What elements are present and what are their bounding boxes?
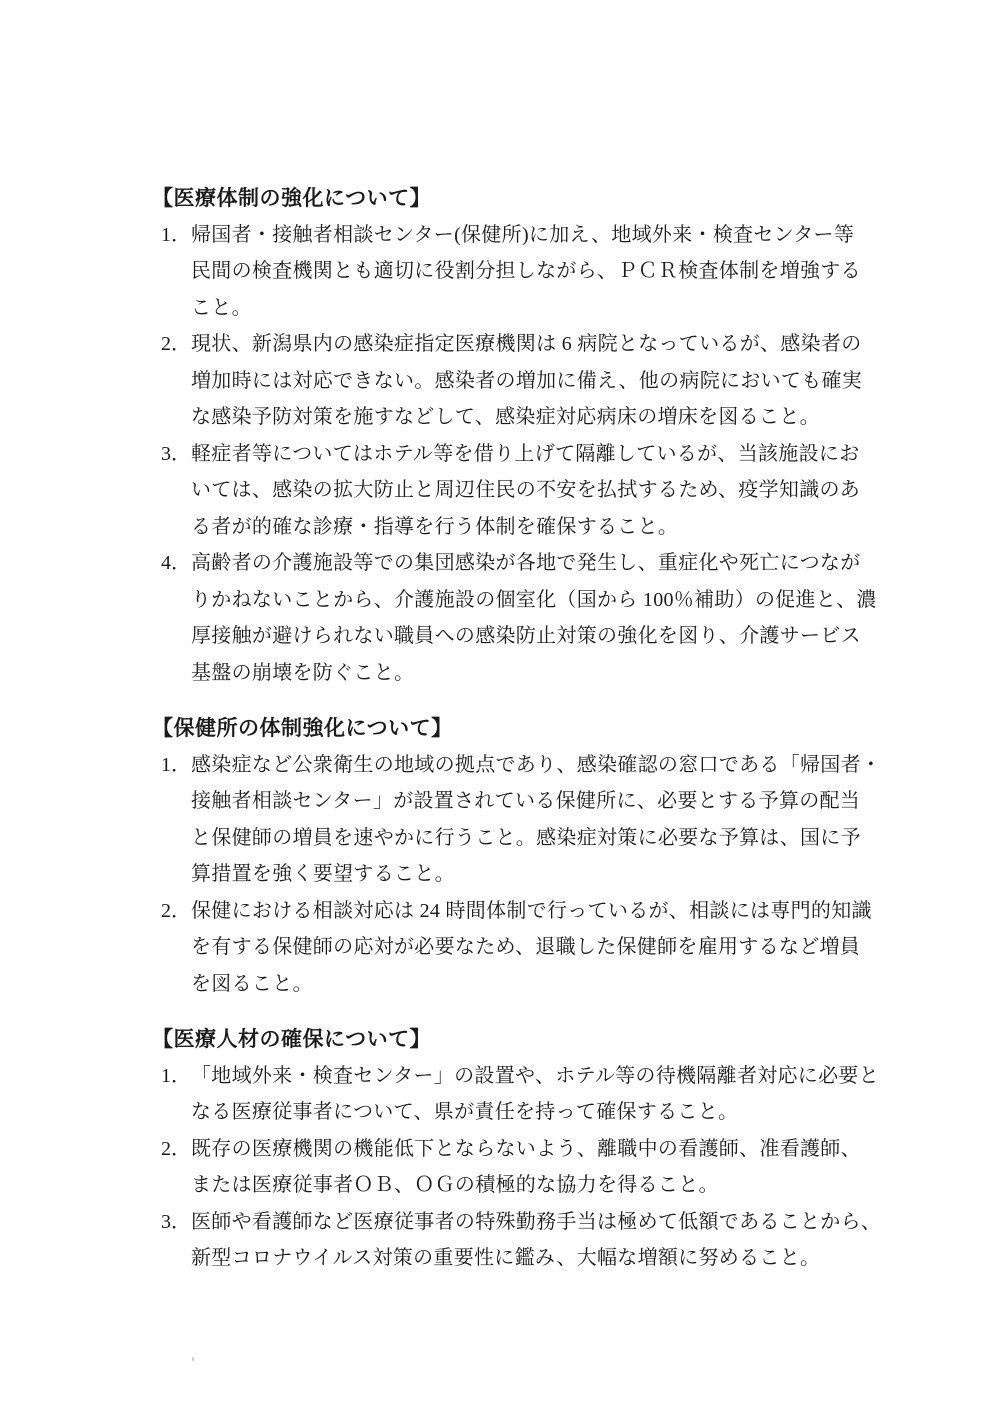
text-line: る者が的確な診療・指導を行う体制を確保すること。 bbox=[191, 509, 882, 546]
section-heading: 【医療体制の強化について】 bbox=[152, 180, 882, 217]
scan-artifact-dot bbox=[192, 1357, 194, 1361]
text-line: 基盤の崩壊を防ぐこと。 bbox=[191, 655, 882, 692]
document-page: 【医療体制の強化について】 1． 帰国者・接触者相談センター(保健所)に加え、地… bbox=[152, 180, 882, 1277]
list-item: 1． 帰国者・接触者相談センター(保健所)に加え、地域外来・検査センター等 民間… bbox=[152, 217, 882, 327]
text-line: または医療従事者ＯＢ、ＯＧの積極的な協力を得ること。 bbox=[191, 1167, 882, 1204]
list-item: 3． 軽症者等についてはホテル等を借り上げて隔離しているが、当該施設にお いては… bbox=[152, 436, 882, 546]
item-number: 3． bbox=[161, 1204, 191, 1241]
text-line: 新型コロナウイルス対策の重要性に鑑み、大幅な増額に努めること。 bbox=[191, 1240, 882, 1277]
text-line: 民間の検査機関とも適切に役割分担しながら、ＰＣＲ検査体制を増強する bbox=[191, 253, 882, 290]
text-line: りかねないことから、介護施設の個室化（国から 100％補助）の促進と、濃 bbox=[191, 582, 882, 619]
item-number: 4． bbox=[161, 545, 191, 582]
item-number: 2． bbox=[161, 1131, 191, 1168]
item-text: 現状、新潟県内の感染症指定医療機関は 6 病院となっているが、感染者の 増加時に… bbox=[191, 326, 882, 436]
list-item: 2． 現状、新潟県内の感染症指定医療機関は 6 病院となっているが、感染者の 増… bbox=[152, 326, 882, 436]
section-health-center: 【保健所の体制強化について】 1． 感染症など公衆衛生の地域の拠点であり、感染確… bbox=[152, 710, 882, 1002]
text-line: こと。 bbox=[191, 290, 882, 327]
text-line: 帰国者・接触者相談センター(保健所)に加え、地域外来・検査センター等 bbox=[191, 217, 882, 254]
section-heading: 【医療人材の確保について】 bbox=[152, 1021, 882, 1058]
item-text: 帰国者・接触者相談センター(保健所)に加え、地域外来・検査センター等 民間の検査… bbox=[191, 217, 882, 327]
text-line: と保健師の増員を速やかに行うこと。感染症対策に必要な予算は、国に予 bbox=[191, 820, 882, 857]
text-line: 既存の医療機関の機能低下とならないよう、離職中の看護師、准看護師、 bbox=[191, 1131, 882, 1168]
list-item: 2． 既存の医療機関の機能低下とならないよう、離職中の看護師、准看護師、 または… bbox=[152, 1131, 882, 1204]
text-line: なる医療従事者について、県が責任を持って確保すること。 bbox=[191, 1094, 882, 1131]
item-number: 1． bbox=[161, 217, 191, 254]
item-number: 1． bbox=[161, 1058, 191, 1095]
text-line: 厚接触が避けられない職員への感染防止対策の強化を図り、介護サービス bbox=[191, 618, 882, 655]
text-line: 「地域外来・検査センター」の設置や、ホテル等の待機隔離者対応に必要と bbox=[191, 1058, 882, 1095]
text-line: 高齢者の介護施設等での集団感染が各地で発生し、重症化や死亡につなが bbox=[191, 545, 882, 582]
text-line: 接触者相談センター」が設置されている保健所に、必要とする予算の配当 bbox=[191, 783, 882, 820]
item-text: 高齢者の介護施設等での集団感染が各地で発生し、重症化や死亡につなが りかねないこ… bbox=[191, 545, 882, 691]
item-number: 2． bbox=[161, 326, 191, 363]
text-line: 増加時には対応できない。感染者の増加に備え、他の病院においても確実 bbox=[191, 363, 882, 400]
text-line: いては、感染の拡大防止と周辺住民の不安を払拭するため、疫学知識のあ bbox=[191, 472, 882, 509]
item-text: 保健における相談対応は 24 時間体制で行っているが、相談には専門的知識 を有す… bbox=[191, 893, 882, 1003]
item-text: 軽症者等についてはホテル等を借り上げて隔離しているが、当該施設にお いては、感染… bbox=[191, 436, 882, 546]
list-item: 4． 高齢者の介護施設等での集団感染が各地で発生し、重症化や死亡につなが りかね… bbox=[152, 545, 882, 691]
item-text: 「地域外来・検査センター」の設置や、ホテル等の待機隔離者対応に必要と なる医療従… bbox=[191, 1058, 882, 1131]
item-text: 既存の医療機関の機能低下とならないよう、離職中の看護師、准看護師、 または医療従… bbox=[191, 1131, 882, 1204]
text-line: な感染予防対策を施すなどして、感染症対応病床の増床を図ること。 bbox=[191, 399, 882, 436]
list-item: 3． 医師や看護師など医療従事者の特殊勤務手当は極めて低額であることから、 新型… bbox=[152, 1204, 882, 1277]
text-line: を有する保健師の応対が必要なため、退職した保健師を雇用するなど増員 bbox=[191, 929, 882, 966]
text-line: 軽症者等についてはホテル等を借り上げて隔離しているが、当該施設にお bbox=[191, 436, 882, 473]
item-number: 3． bbox=[161, 436, 191, 473]
text-line: 感染症など公衆衛生の地域の拠点であり、感染確認の窓口である「帰国者・ bbox=[191, 747, 882, 784]
section-heading: 【保健所の体制強化について】 bbox=[152, 710, 882, 747]
text-line: 現状、新潟県内の感染症指定医療機関は 6 病院となっているが、感染者の bbox=[191, 326, 882, 363]
text-line: 医師や看護師など医療従事者の特殊勤務手当は極めて低額であることから、 bbox=[191, 1204, 882, 1241]
section-medical-system: 【医療体制の強化について】 1． 帰国者・接触者相談センター(保健所)に加え、地… bbox=[152, 180, 882, 691]
item-text: 医師や看護師など医療従事者の特殊勤務手当は極めて低額であることから、 新型コロナ… bbox=[191, 1204, 882, 1277]
text-line: を図ること。 bbox=[191, 966, 882, 1003]
item-number: 1． bbox=[161, 747, 191, 784]
section-medical-personnel: 【医療人材の確保について】 1． 「地域外来・検査センター」の設置や、ホテル等の… bbox=[152, 1021, 882, 1277]
list-item: 1． 「地域外来・検査センター」の設置や、ホテル等の待機隔離者対応に必要と なる… bbox=[152, 1058, 882, 1131]
item-number: 2． bbox=[161, 893, 191, 930]
item-text: 感染症など公衆衛生の地域の拠点であり、感染確認の窓口である「帰国者・ 接触者相談… bbox=[191, 747, 882, 893]
list-item: 2． 保健における相談対応は 24 時間体制で行っているが、相談には専門的知識 … bbox=[152, 893, 882, 1003]
list-item: 1． 感染症など公衆衛生の地域の拠点であり、感染確認の窓口である「帰国者・ 接触… bbox=[152, 747, 882, 893]
text-line: 算措置を強く要望すること。 bbox=[191, 856, 882, 893]
text-line: 保健における相談対応は 24 時間体制で行っているが、相談には専門的知識 bbox=[191, 893, 882, 930]
